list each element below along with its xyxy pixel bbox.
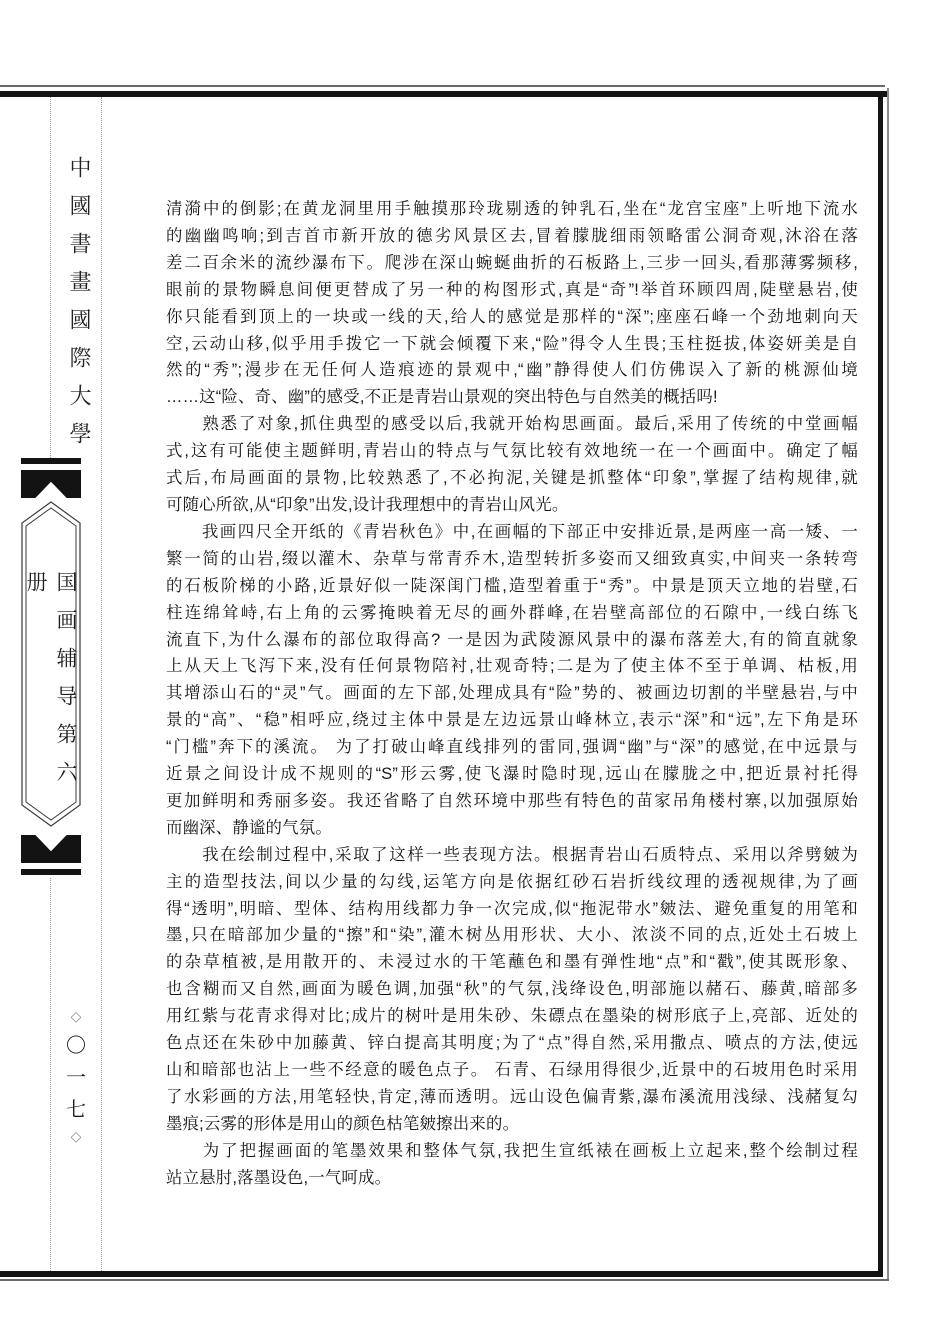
book-page: 中國書畫國際大學 国画辅导第六册 ◇ 〇 一 七 ◇ 清漪中的倒影;在黄龙洞里用… <box>0 0 950 1344</box>
text-line: 近景之间设计成不规则的“S”形云雾,使飞瀑时隐时现,远山在朦胧之中,把近景衬托得 <box>166 761 858 788</box>
emblem-title: 国画辅导第六册 <box>21 571 81 827</box>
text-line: 色点还在朱砂中加藤黄、锌白提高其明度;为了“点”得自然,采用撒点、喷点的方法,使… <box>166 1030 858 1057</box>
text-line: 的石板阶梯的小路,近景好似一陡深闺门槛,造型着重于“秀”。中景是顶天立地的岩壁,… <box>166 573 858 600</box>
text-line: 而幽深、静谧的气氛。 <box>166 815 858 842</box>
text-line: 主的造型技法,间以少量的勾线,运笔方向是依据红砂石岩折线纹理的透视规律,为了画 <box>166 869 858 896</box>
page-number-digit: 〇 <box>66 1036 86 1056</box>
text-line: 了水彩画的方法,用笔轻快,肯定,薄而透明。远山设色偏青紫,瀑布溪流用浅绿、浅赭复… <box>166 1084 858 1111</box>
text-line: “门槛”奔下的溪流。 为了打破山峰直线排列的雷同,强调“幽”与“深”的感觉,在中… <box>166 734 858 761</box>
text-line: 上从天上飞泻下来,没有任何景物陪衬,壮观奇特;二是为了使主体不至于单调、枯板,用 <box>166 653 858 680</box>
text-line: 柱连绵耸峙,右上角的云雾掩映着无尽的画外群峰,在岩壁高部位的石隙中,一线白练飞 <box>166 600 858 627</box>
text-line: 式后,布局画面的景物,比较熟悉了,不必拘泥,关键是抓整体“印象”,掌握了结构规律… <box>166 465 858 492</box>
text-line: ……这“险、奇、幽”的感受,不正是青岩山景观的突出特色与自然美的概括吗! <box>166 384 858 411</box>
text-line: 可随心所欲,从“印象”出发,设计我理想中的青岩山风光。 <box>166 492 858 519</box>
article-body: 清漪中的倒影;在黄龙洞里用手触摸那玲珑剔透的钟乳石,坐在“龙宫宝座”上听地下流水… <box>166 196 858 1192</box>
diamond-ornament-top: ◇ <box>71 1011 82 1025</box>
text-line: 得“透明”,明暗、型体、结构用线都力争一次完成,似“拖泥带水”皴法、避免重复的用… <box>166 896 858 923</box>
text-line: 然的“秀”;漫步在无任何人造痕迹的景观中,“幽”静得使人们仿佛误入了新的桃源仙境 <box>166 357 858 384</box>
text-line: 你只能看到顶上的一块或一线的天,给人的感觉是那样的“深”;座座石峰一个劲地刺向天 <box>166 304 858 331</box>
series-emblem: 国画辅导第六册 <box>21 458 81 877</box>
text-line: 更加鲜明和秀丽多姿。我还省略了自然环境中那些有特色的苗家吊角楼村寨,以加强原始 <box>166 788 858 815</box>
university-title: 中國書畫國際大學 <box>64 156 95 460</box>
text-line: 空,云动山移,似乎用手拨它一下就会倾覆下来,“险”得令人生畏;玉柱挺拔,体姿妍美… <box>166 331 858 358</box>
emblem-bottom-bar <box>21 869 81 875</box>
text-line: 为了把握画面的笔墨效果和整体气氛,我把生宣纸裱在画板上立起来,整个绘制过程 <box>166 1138 858 1165</box>
frame-bottom-thick-rule <box>0 1271 883 1277</box>
text-line: 流直下,为什么瀑布的部位取得高? 一是因为武陵源风景中的瀑布落差大,有的简直就象 <box>166 627 858 654</box>
page-number: ◇ 〇 一 七 ◇ <box>58 1006 94 1150</box>
text-line: 站立悬肘,落墨设色,一气呵成。 <box>166 1165 858 1192</box>
emblem-hexagon-frame: 国画辅导第六册 <box>21 501 81 827</box>
text-line: 眼前的景物瞬息间便更替成了另一种的构图形式,真是“奇”!举首环顾四周,陡壁悬岩,… <box>166 277 858 304</box>
margin-rule-inner-upper <box>50 97 51 458</box>
text-line: 我画四尺全开纸的《青岩秋色》中,在画幅的下部正中安排近景,是两座一高一矮、一 <box>166 519 858 546</box>
text-line: 差二百余米的流纱瀑布下。爬涉在深山蜿蜒曲折的石板路上,三步一回头,看那薄雾频移, <box>166 250 858 277</box>
text-line: 繁一简的山岩,缀以灌木、杂草与常青乔木,造型转折多姿而又细致真实,中间夹一条转弯 <box>166 546 858 573</box>
text-line: 清漪中的倒影;在黄龙洞里用手触摸那玲珑剔透的钟乳石,坐在“龙宫宝座”上听地下流水 <box>166 196 858 223</box>
text-line: 的幽幽鸣响;到吉首市新开放的德劣风景区去,冒着朦胧细雨领略雷公洞奇观,沐浴在落 <box>166 223 858 250</box>
frame-top-thick-rule <box>0 91 887 97</box>
text-line: 也含糊而又自然,画面为暖色调,加强“秋”的气氛,浅绛设色,明部施以赭石、藤黄,暗… <box>166 976 858 1003</box>
emblem-top-bar <box>21 458 81 464</box>
frame-top-thin-rule <box>0 85 885 87</box>
text-line: 我在绘制过程中,采取了这样一些表现方法。根据青岩山石质特点、采用以斧劈皴为 <box>166 842 858 869</box>
text-line: 其增添山石的“灵”气。画面的左下部,处理成具有“险”势的、被画边切割的半壁悬岩,… <box>166 680 858 707</box>
margin-rule-inner-lower <box>50 876 51 1271</box>
text-line: 山和暗部也沾上一些不经意的暖色点子。 石青、石绿用得很少,近景中的石坡用色时采用 <box>166 1057 858 1084</box>
diamond-ornament-bottom: ◇ <box>71 1131 82 1145</box>
frame-bottom-thin-rule <box>0 1279 889 1281</box>
text-line: 熟悉了对象,抓住典型的感受以后,我就开始构思画面。最后,采用了传统的中堂画幅 <box>166 411 858 438</box>
text-line: 式,这有可能使主题鲜明,青岩山的特点与气氛比较有效地统一在一个画面中。确定了幅 <box>166 438 858 465</box>
emblem-bottom-ribbon <box>21 835 81 863</box>
page-number-digit: 七 <box>66 1100 86 1120</box>
emblem-top-ribbon <box>21 470 81 498</box>
margin-rule-outer <box>101 97 102 1271</box>
text-line: 的杂草植被,是用散开的、未浸过水的干笔蘸色和墨有弹性地“点”和“戳”,使其既形象… <box>166 949 858 976</box>
text-line: 用红紫与花青求得对比;成片的树叶是用朱砂、朱磦点在墨染的树形底子上,亮部、近处的 <box>166 1003 858 1030</box>
frame-right-thin-rule <box>887 88 889 1281</box>
text-line: 墨痕;云雾的形体是用山的颜色枯笔皴擦出来的。 <box>166 1111 858 1138</box>
page-number-digit: 一 <box>66 1068 86 1088</box>
frame-right-thick-rule <box>878 91 883 1277</box>
text-line: 景的“高”、“稳”相呼应,绕过主体中景是左边远景山峰林立,表示“深”和“远”,左… <box>166 707 858 734</box>
text-line: 墨,只在暗部加少量的“擦”和“染”,灌木树丛用形状、大小、浓淡不同的点,近处土石… <box>166 922 858 949</box>
